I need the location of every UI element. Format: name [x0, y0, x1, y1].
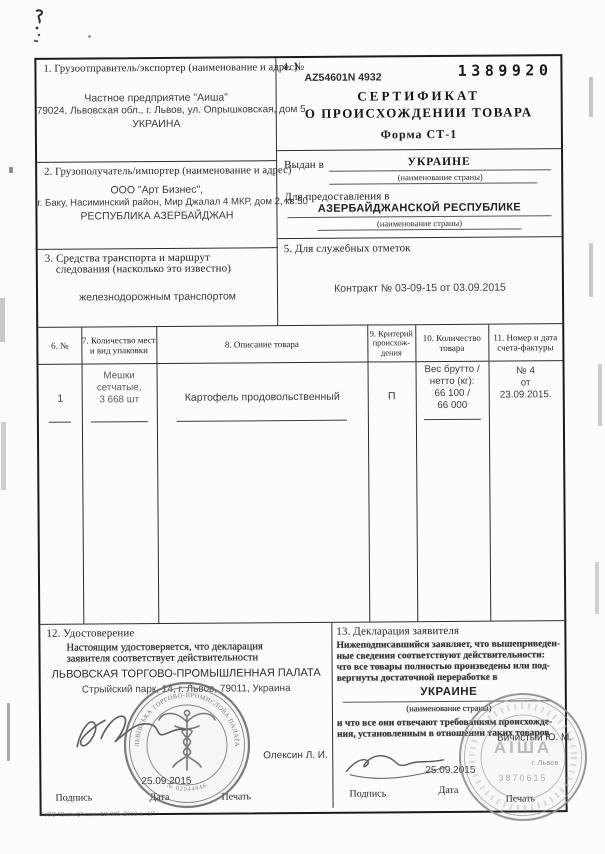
declaration-text-line4: вергнуты достаточной переработке в: [337, 672, 498, 684]
box-consignee: 2. Грузополучатель/импортер (наименовани…: [37, 161, 278, 250]
declaration-text-line3: что все товары полностью произведены или…: [337, 660, 550, 672]
presented-hint: (наименование страны): [277, 217, 561, 229]
presented-label: Для предоставления в: [284, 190, 389, 203]
transport-value: железнодорожным транспортом: [38, 290, 277, 304]
header-col-criterion: 9. Критерий происхож- дения: [367, 325, 416, 361]
presented-hint-line: [318, 228, 522, 231]
scan-bar-left-2: [1, 422, 6, 490]
box-certificate-head: 4. № AZ54601N 4932 1389920 СЕРТИФИКАТ О …: [276, 56, 561, 151]
scan-smudge-top-left: [28, 8, 54, 46]
company-seal-name: АІША: [494, 738, 552, 757]
row-invoice-line3: 23.09.2015.: [489, 389, 563, 401]
box-transport: 3. Средства транспорта и маршрут следова…: [38, 248, 279, 328]
row-description: Картофель продовольственный: [157, 391, 368, 404]
scan-bar-left-3: [7, 703, 10, 761]
issued-in-hint-line: [329, 182, 537, 185]
signature-caption-left: Подпись: [55, 792, 92, 803]
row-criterion: П: [368, 390, 416, 402]
closure-rule-packages: [91, 421, 148, 422]
box-consignor: 1. Грузоотправитель/экспортер (наименова…: [36, 58, 277, 163]
row-invoice-line2: от: [489, 377, 563, 389]
scan-bar-left-1: [0, 298, 5, 342]
consignor-name: Частное предприятие "Аиша": [37, 91, 276, 105]
consignee-country: РЕСПУБЛИКА АЗЕРБАЙДЖАН: [37, 209, 276, 223]
header-col-packages: 7. Количество мест и вид упаковки: [81, 327, 157, 364]
row-qty-line3: 66 100 /: [416, 388, 489, 400]
cert-title-line2: О ПРОИСХОЖДЕНИИ ТОВАРА: [277, 104, 561, 122]
row-qty-line1: Вес брутто /: [416, 364, 489, 376]
certification-text-line2: заявителя соответствует действительности: [67, 652, 259, 664]
body-col-packages: Мешки сетчатые, 3 668 шт: [82, 364, 160, 624]
presented-country: АЗЕРБАЙДЖАНСКОЙ РЕСПУБЛИКЕ: [277, 201, 561, 215]
body-col-invoice: № 4 от 23.09.2015.: [488, 361, 564, 621]
header-criterion-line2: происхож-: [367, 338, 415, 348]
certification-label: 12. Удостоверение: [46, 627, 134, 640]
printer-imprint: ТзОВ "Вольф" зам. 10-005-2013 в. 1П: [40, 812, 155, 819]
cert-serial: 1389920: [458, 61, 553, 80]
box-issued-in: Выдан в УКРАИНЕ (наименование страны) Дл…: [277, 149, 562, 239]
header-packages-line1: 7. Количество мест: [81, 335, 156, 346]
row-qty-line4: 66 000: [416, 400, 489, 412]
header-no-text: 6. №: [38, 340, 81, 351]
scan-bar-right-1: [589, 77, 593, 117]
transport-label-line2: следования (насколько это известно): [56, 262, 231, 275]
scanned-document: { "form": { "box1": { "label": "1. Грузо…: [0, 0, 605, 854]
header-col-description: 8. Описание товара: [156, 326, 368, 363]
header-col-quantity: 10. Количество товара: [415, 325, 489, 362]
header-col-invoice: 11. Номер и дата счета-фактуры: [488, 324, 562, 361]
issued-in-label: Выдан в: [284, 159, 324, 171]
scan-dot-1: [88, 35, 91, 38]
scan-dot-2: [9, 167, 13, 173]
chamber-seal-graphic: ЛЬВІВСЬКА ТОРГОВО-ПРОМИСЛОВА ПАЛАТА № 02…: [122, 680, 252, 810]
consignor-label: 1. Грузоотправитель/экспортер (наименова…: [43, 62, 297, 75]
date-caption-right: Дата: [438, 785, 458, 796]
contract-value: Контракт № 03-09-15 от 03.09.2015: [278, 281, 562, 295]
declaration-signature: [339, 740, 454, 786]
scan-bar-right-3: [598, 364, 602, 426]
certifier-name: Олексин Л. И.: [263, 750, 328, 761]
company-seal-city: г. Львов: [532, 758, 559, 767]
consignee-label: 2. Грузополучатель/импортер (наименовани…: [44, 165, 291, 178]
company-seal: АІША г. Львов 3870615: [457, 691, 589, 823]
header-quantity-line2: товара: [415, 343, 488, 354]
body-col-quantity: Вес брутто / нетто (кг): 66 100 / 66 000: [415, 362, 491, 622]
row-invoice-line1: № 4: [489, 365, 563, 377]
row-pack-line1: Мешки: [82, 370, 157, 382]
row-no: 1: [39, 393, 82, 405]
table-header: 6. № 7. Количество мест и вид упаковки 8…: [38, 324, 562, 365]
row-pack-line3: 3 668 шт: [82, 394, 157, 406]
closure-rule-quantity: [424, 419, 481, 420]
header-criterion-line1: 9. Критерий: [367, 329, 415, 339]
consignee-name: ООО "Арт Бизнес",: [37, 183, 276, 197]
table-body: 1 Мешки сетчатые, 3 668 шт Картофель про…: [39, 361, 565, 625]
company-seal-graphic: АІША г. Львов 3870615: [457, 691, 589, 823]
smudge-graphic: [28, 8, 54, 46]
signature-caption-right: Подпись: [349, 788, 386, 799]
company-seal-number: 3870615: [498, 773, 547, 783]
scan-bar-right-2: [589, 243, 593, 297]
declaration-label: 13. Декларация заявителя: [336, 625, 459, 638]
issued-in-hint: (наименование страны): [329, 171, 551, 183]
signature-stroke-right: [339, 740, 454, 786]
cert-title-line1: СЕРТИФИКАТ: [277, 87, 561, 105]
service-notes-label: 5. Для служебных отметок: [284, 242, 411, 255]
body-col-description: Картофель продовольственный: [157, 363, 371, 623]
header-invoice-line1: 11. Номер и дата: [488, 332, 562, 343]
closure-rule-no: [49, 422, 71, 423]
consignor-address: 79024, Львовская обл., г. Львов, ул. Опр…: [37, 104, 276, 117]
header-col-no: 6. №: [38, 328, 82, 364]
issued-in-country: УКРАИНЕ: [329, 155, 549, 169]
cert-number-label: 4. №: [282, 61, 304, 73]
cert-number: AZ54601N 4932: [304, 71, 381, 84]
header-packages-line2: и вид упаковки: [81, 345, 156, 356]
chamber-name: ЛЬВОВСКАЯ ТОРГОВО-ПРОМЫШЛЕННАЯ ПАЛАТА: [41, 667, 332, 681]
box-service-notes: 5. Для служебных отметок Контракт № 03-0…: [278, 237, 563, 326]
header-description-text: 8. Описание товара: [156, 338, 367, 350]
scan-bar-right-4: [595, 562, 599, 614]
body-col-criterion: П: [367, 362, 418, 621]
consignor-country: УКРАИНА: [37, 117, 276, 131]
row-qty-line2: нетто (кг):: [416, 376, 489, 388]
header-quantity-line1: 10. Количество: [415, 332, 488, 343]
header-invoice-line2: счета-фактуры: [488, 342, 562, 353]
body-col-no: 1: [39, 365, 85, 624]
closure-rule-description: [177, 420, 347, 422]
row-pack-line2: сетчатые,: [82, 382, 157, 394]
consignee-address: г. Баку, Насиминский район, Мир Джалал 4…: [37, 196, 276, 209]
chamber-seal: ЛЬВІВСЬКА ТОРГОВО-ПРОМИСЛОВА ПАЛАТА № 02…: [122, 680, 252, 810]
cert-subtitle: Форма СТ-1: [277, 126, 561, 143]
header-criterion-line3: дения: [367, 348, 415, 358]
